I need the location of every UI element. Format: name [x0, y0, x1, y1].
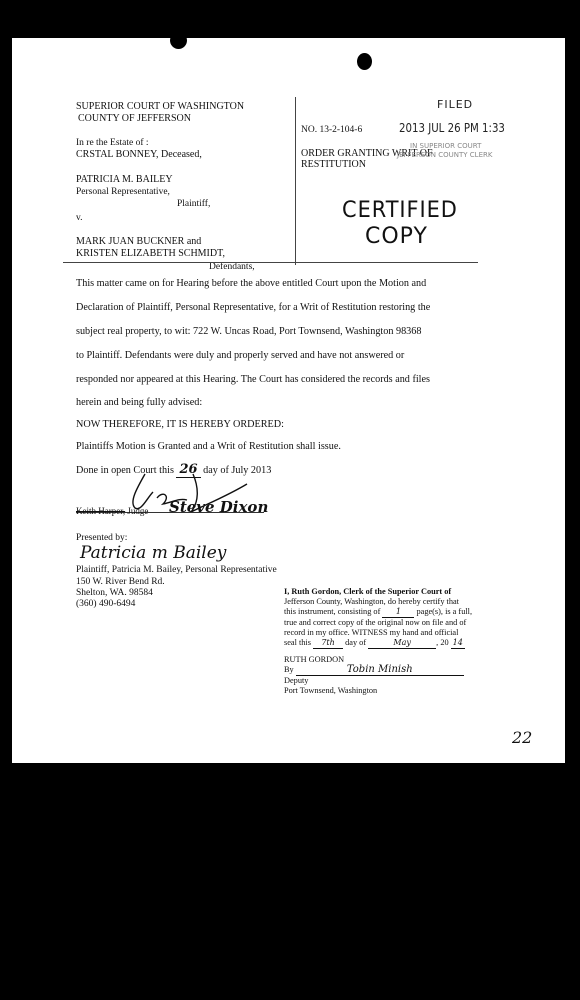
presenter-name-line: Plaintiff, Patricia M. Bailey, Personal … — [76, 564, 277, 576]
defendant-2: KRISTEN ELIZABETH SCHMIDT, — [76, 248, 225, 260]
clerk-certification: I, Ruth Gordon, Clerk of the Superior Co… — [284, 587, 494, 696]
body-line-4: to Plaintiff. Defendants were duly and p… — [76, 350, 404, 361]
document-title-line-2: RESTITUTION — [301, 159, 366, 171]
body-line-6: herein and being fully advised: — [76, 397, 202, 408]
punch-hole-right — [357, 53, 372, 70]
certified-stamp-line-2: COPY — [365, 224, 428, 249]
cert-line-2: Jefferson County, Washington, do hereby … — [284, 597, 494, 607]
cert-seal-year-prefix: , 20 — [436, 638, 448, 647]
plaintiff-role: Personal Representative, — [76, 186, 170, 198]
cert-pages: 1 — [382, 607, 414, 618]
certified-stamp-line-1: CERTIFIED — [342, 198, 458, 223]
document-page: SUPERIOR COURT OF WASHINGTON COUNTY OF J… — [12, 38, 565, 763]
cert-seal-mid: day of — [345, 638, 366, 647]
cert-seal-prefix: seal this — [284, 638, 311, 647]
case-number: NO. 13-2-104-6 — [301, 124, 362, 136]
caption-divider-horizontal — [63, 262, 478, 263]
judge-line: Keith Harper, Judge — [76, 505, 148, 517]
court-name: SUPERIOR COURT OF WASHINGTON — [76, 101, 244, 113]
punch-hole-left — [170, 32, 187, 49]
judge-signature: Steve Dixon — [169, 498, 268, 516]
cert-seal-year: 14 — [451, 638, 465, 649]
county-name: COUNTY OF JEFFERSON — [78, 113, 191, 125]
cert-line-3b: page(s), is a full, — [417, 607, 473, 616]
cert-line-4: true and correct copy of the original no… — [284, 618, 494, 628]
clerk-location: Port Townsend, Washington — [284, 686, 494, 696]
filed-stamp-datetime: 2013 JUL 26 PM 1:33 — [399, 121, 505, 135]
filed-stamp-label: FILED — [437, 98, 473, 111]
cert-line-3: this instrument, consisting of 1 page(s)… — [284, 607, 494, 618]
cert-line-1: I, Ruth Gordon, Clerk of the Superior Co… — [284, 587, 494, 597]
caption-divider-vertical — [295, 97, 296, 265]
defendant-1: MARK JUAN BUCKNER and — [76, 236, 201, 248]
plaintiff-label: Plaintiff, — [177, 198, 210, 210]
cert-by-label: By — [284, 665, 294, 674]
presenter-phone: (360) 490-6494 — [76, 598, 135, 610]
body-line-3: subject real property, to wit: 722 W. Un… — [76, 326, 421, 337]
deputy-signature: Tobin Minish — [296, 665, 464, 676]
page-number: 22 — [512, 728, 532, 747]
judge-struck-name: Keith Harper, — [76, 506, 125, 516]
cert-line-3a: this instrument, consisting of — [284, 607, 380, 616]
order-heading: NOW THEREFORE, IT IS HEREBY ORDERED: — [76, 419, 284, 430]
cert-seal-line: seal this 7th day of May, 20 14 — [284, 638, 494, 649]
filed-stamp-clerk: JEFFERSON COUNTY CLERK — [397, 151, 492, 159]
in-re-label: In re the Estate of : — [76, 137, 149, 149]
deputy-label: Deputy — [284, 676, 494, 686]
cert-line-5: record in my office. WITNESS my hand and… — [284, 628, 494, 638]
body-line-5: responded nor appeared at this Hearing. … — [76, 374, 430, 385]
filed-stamp-court: IN SUPERIOR COURT — [410, 142, 481, 150]
presenter-signature: Patricia m Bailey — [80, 543, 226, 563]
body-line-1: This matter came on for Hearing before t… — [76, 278, 426, 289]
cert-by-line: By Tobin Minish — [284, 665, 494, 676]
plaintiff-name: PATRICIA M. BAILEY — [76, 174, 173, 186]
judge-title: Judge — [127, 506, 148, 516]
versus-label: v. — [76, 212, 83, 224]
cert-seal-day: 7th — [313, 638, 343, 649]
body-line-2: Declaration of Plaintiff, Personal Repre… — [76, 302, 430, 313]
cert-seal-month: May — [368, 638, 436, 649]
decedent-name: CRSTAL BONNEY, Deceased, — [76, 149, 202, 161]
order-text: Plaintiffs Motion is Granted and a Writ … — [76, 441, 341, 452]
